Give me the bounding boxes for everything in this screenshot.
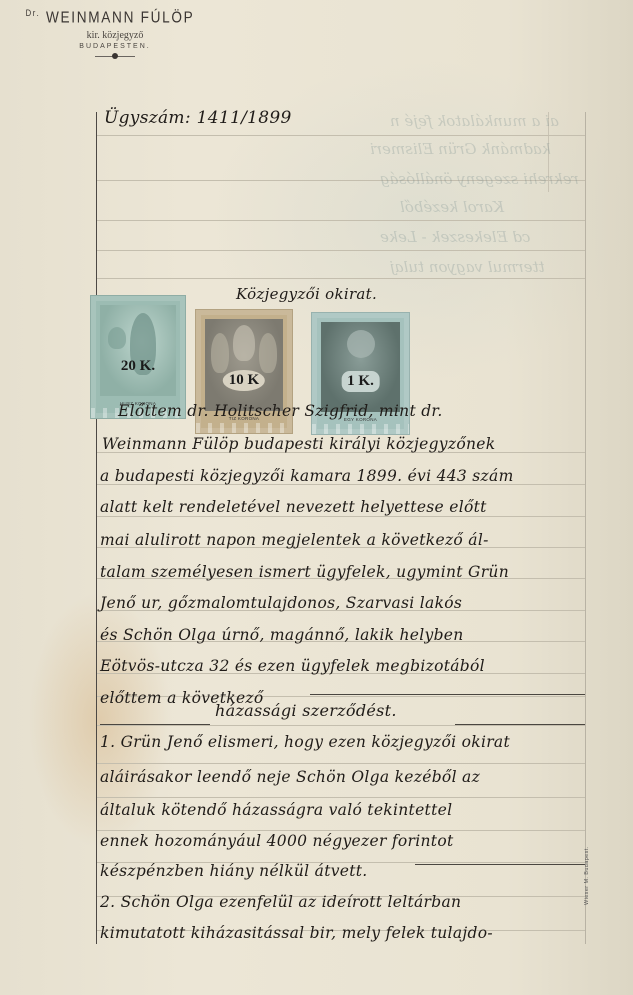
ruled-line [97,830,585,831]
bleed-through-text: cd Elekeszek - Leke [380,228,530,246]
text-line: talam személyesen ismert ügyfelek, ugymi… [100,563,509,581]
text-line: Jenő ur, gőzmalomtulajdonos, Szarvasi la… [100,594,462,612]
bleed-through-text: Karol kezéből [400,198,504,216]
notary-name-text: WEINMANN FÚLÖP [46,9,194,26]
left-margin-rule [96,112,97,944]
printer-mark: Wieser M. Budapest. [584,846,590,905]
text-line: Weinmann Fülöp budapesti királyi közjegy… [102,435,495,453]
clause-line: ennek hozományául 4000 négyezer forintot [100,832,454,850]
text-line: Előttem dr. Holitscher Szigfrid, mint dr… [118,402,443,420]
notary-name: Dr. WEINMANN FÚLÖP [8,8,212,27]
text-line: Eötvös-utcza 32 és ezen ügyfelek megbizo… [100,657,485,675]
ruled-line [97,250,585,251]
ruled-line [97,278,585,279]
ruled-line [97,725,585,726]
right-margin-rule [585,112,586,944]
stamp-value: 1 K. [341,371,380,392]
notary-city: BUDAPESTEN. [0,43,230,50]
stamp-value: 20 K. [115,356,161,377]
contract-title: házassági szerződést. [215,701,397,720]
text-line: és Schön Olga úrnő, magánnő, lakik helyb… [100,626,464,644]
clause-line: készpénzben hiány nélkül átvett. [100,862,368,880]
ruled-line [97,797,585,798]
ruled-line [97,220,585,221]
case-number: Ügyszám: 1411/1899 [104,108,292,128]
fill-line [100,724,210,725]
bleed-through-text: ai a munkálatok fejé n [390,112,559,130]
bleed-through-text: rekrehi szegeny önállóság [380,170,579,188]
letterhead: Dr. WEINMANN FÚLÖP kir. közjegyző BUDAPE… [0,8,230,59]
text-line: mai alulirott napon megjelentek a követk… [100,531,489,549]
clause-line: aláirásakor leendő neje Schön Olga kezéb… [100,768,480,786]
clause-line: 2. Schön Olga ezenfelül az ideírott lelt… [100,893,461,911]
revenue-stamp-20k: 20 K. HUSZ KORONA [90,295,186,419]
case-label: Ügyszám: [104,108,191,128]
ruled-line [97,516,585,517]
fill-line [310,694,585,695]
clause-line: 1. Grün Jenő elismeri, hogy ezen közjegy… [100,733,510,751]
fill-line [415,864,585,865]
ruled-line [97,763,585,764]
stamp-numerals [312,424,409,434]
clause-line: kimutatott kiházasitással bir, mely fele… [100,924,493,942]
text-line: a budapesti közjegyzői kamara 1899. évi … [100,467,514,485]
fill-line [455,724,585,725]
stamp-numerals [196,423,292,433]
ornament-icon [95,53,135,59]
name-prefix: Dr. [26,8,41,18]
notary-title: kir. közjegyző [0,30,230,41]
text-line: alatt kelt rendeletével nevezett helyett… [100,498,487,516]
ruled-line [97,135,585,136]
document-heading: Közjegyzői okirat. [236,285,377,303]
case-value: 1411/1899 [197,108,292,128]
bleed-through-text: kadmánk Grün Elismeri [370,140,551,158]
clause-line: általuk kötendő házasságra való tekintet… [100,801,452,819]
stamp-value: 10 K [223,370,265,391]
bleed-through-text: ttermul vagyon tulaj [390,258,545,276]
document-page: Dr. WEINMANN FÚLÖP kir. közjegyző BUDAPE… [0,0,633,995]
